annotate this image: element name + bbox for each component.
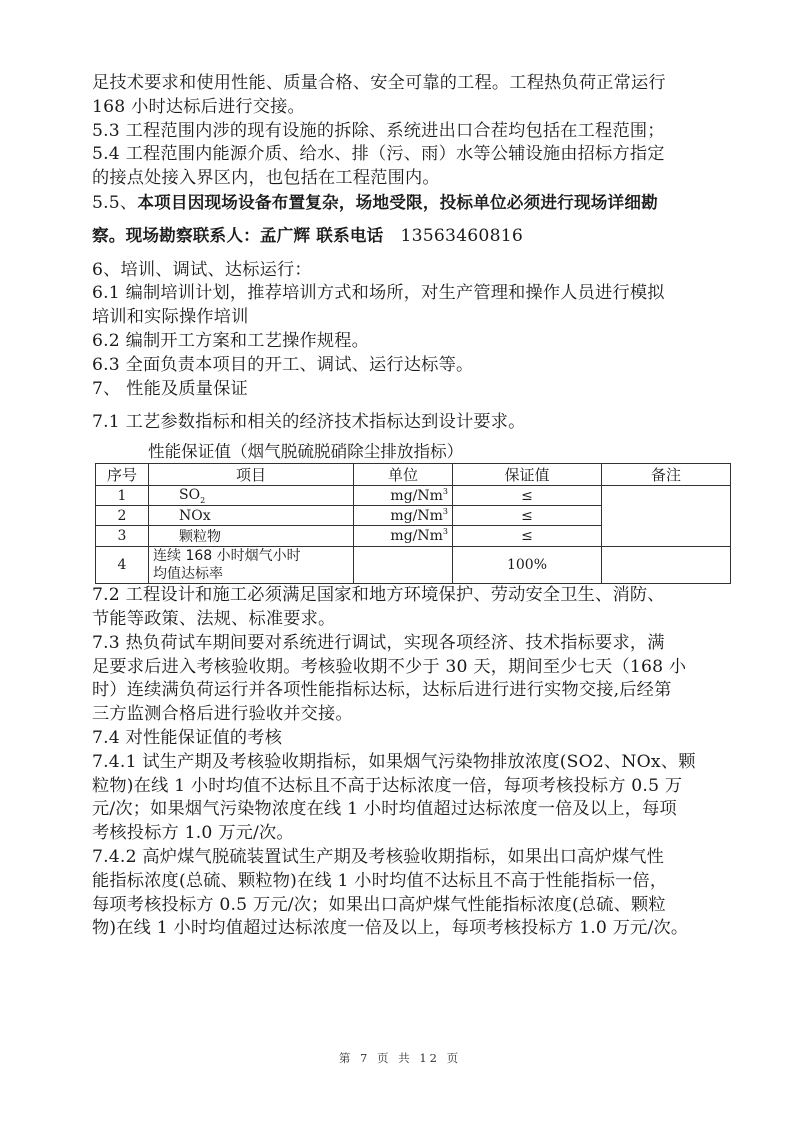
- clause-number: 5.5、: [92, 193, 137, 213]
- paragraph-line: 培训和实际操作培训: [92, 306, 720, 330]
- header-item: 项目: [149, 464, 354, 486]
- section-6-heading: 6、培训、调试、达标运行：: [92, 259, 720, 283]
- clause-5-5-line1: 5.5、本项目因现场设备布置复杂，场地受限，投标单位必须进行现场详细勘: [92, 191, 720, 216]
- paragraph-line: 时）连续满负荷运行并各项性能指标达标，达标后进行进行实物交接,后经第: [92, 679, 720, 703]
- clause-7-3: 7.3 热负荷试车期间要对系统进行调试，实现各项经济、技术指标要求，满: [92, 632, 720, 656]
- header-unit: 单位: [354, 464, 453, 486]
- document-page: 足技术要求和使用性能、质量合格、安全可靠的工程。工程热负荷正常运行 168 小时…: [92, 72, 720, 941]
- clause-7-4: 7.4 对性能保证值的考核: [92, 727, 720, 751]
- cell-value: ≤: [453, 526, 602, 547]
- cell-note: [602, 547, 731, 584]
- paragraph-line: 足要求后进入考核验收期。考核验收期不少于 30 天，期间至少七天（168 小: [92, 656, 720, 680]
- paragraph-line: 每项考核投标方 0.5 万元/次；如果出口高炉煤气性能指标浓度(总硫、颗粒: [92, 894, 720, 918]
- item-subscript: 2: [200, 496, 205, 505]
- contact-text: 察。现场勘察联系人：孟广辉 联系电话: [92, 226, 383, 245]
- clause-6-1: 6.1 编制培训计划，推荐培训方式和场所，对生产管理和操作人员进行模拟: [92, 282, 720, 306]
- table-row: 1 SO2 mg/Nm3 ≤: [96, 486, 731, 506]
- performance-table: 序号 项目 单位 保证值 备注 1 SO2 mg/Nm3 ≤ 2 NOx mg/…: [95, 463, 731, 584]
- clause-5-3: 5.3 工程范围内涉的现有设施的拆除、系统进出口合茬均包括在工程范围；: [92, 120, 720, 144]
- cell-item: SO2: [149, 486, 354, 506]
- item-line: 连续 168 小时烟气小时: [153, 547, 349, 565]
- cell-unit: mg/Nm3: [354, 526, 453, 547]
- table-row: 4 连续 168 小时烟气小时均值达标率 100%: [96, 547, 731, 584]
- header-value: 保证值: [453, 464, 602, 486]
- item-text: SO: [179, 487, 200, 503]
- clause-text-bold: 本项目因现场设备布置复杂，场地受限，投标单位必须进行现场详细勘: [137, 193, 658, 212]
- clause-7-1: 7.1 工艺参数指标和相关的经济技术指标达到设计要求。: [92, 411, 720, 435]
- paragraph-line: 粒物)在线 1 小时均值不达标且不高于达标浓度一倍，每项考核投标方 0.5 万: [92, 775, 720, 799]
- unit-text: mg/Nm: [390, 508, 442, 524]
- clause-5-5-line2: 察。现场勘察联系人：孟广辉 联系电话 13563460816: [92, 224, 720, 249]
- paragraph-line: 物)在线 1 小时均值超过达标浓度一倍及以上，每项考核投标方 1.0 万元/次。: [92, 917, 720, 941]
- cell-value: 100%: [453, 547, 602, 584]
- unit-text: mg/Nm: [390, 488, 442, 504]
- cell-value: ≤: [453, 506, 602, 526]
- unit-superscript: 3: [443, 527, 448, 536]
- header-no: 序号: [96, 464, 149, 486]
- cell-unit: mg/Nm3: [354, 486, 453, 506]
- paragraph-line: 足技术要求和使用性能、质量合格、安全可靠的工程。工程热负荷正常运行: [92, 72, 720, 96]
- paragraph-line: 考核投标方 1.0 万元/次。: [92, 822, 720, 846]
- clause-6-3: 6.3 全面负责本项目的开工、调试、运行达标等。: [92, 354, 720, 378]
- cell-unit: [354, 547, 453, 584]
- contact-phone: 13563460816: [400, 226, 523, 246]
- clause-6-2: 6.2 编制开工方案和工艺操作规程。: [92, 330, 720, 354]
- header-note: 备注: [602, 464, 731, 486]
- cell-unit: mg/Nm3: [354, 506, 453, 526]
- cell-no: 2: [96, 506, 149, 526]
- cell-no: 4: [96, 547, 149, 584]
- clause-7-2: 7.2 工程设计和施工必须满足国家和地方环境保护、劳动安全卫生、消防、: [92, 584, 720, 608]
- table-caption: 性能保证值（烟气脱硫脱硝除尘排放指标）: [92, 441, 720, 463]
- paragraph-line: 元/次；如果烟气污染物浓度在线 1 小时均值超过达标浓度一倍及以上，每项: [92, 798, 720, 822]
- paragraph-line: 三方监测合格后进行验收并交接。: [92, 703, 720, 727]
- clause-7-4-1: 7.4.1 试生产期及考核验收期指标，如果烟气污染物排放浓度(SO2、NOx、颗: [92, 751, 720, 775]
- cell-item: 连续 168 小时烟气小时均值达标率: [149, 547, 354, 584]
- paragraph-line: 节能等政策、法规、标准要求。: [92, 608, 720, 632]
- cell-value: ≤: [453, 486, 602, 506]
- section-7-heading: 7、 性能及质量保证: [92, 378, 720, 402]
- item-line: 均值达标率: [153, 565, 349, 583]
- clause-7-4-2: 7.4.2 高炉煤气脱硫装置试生产期及考核验收期指标，如果出口高炉煤气性: [92, 846, 720, 870]
- page-footer: 第 7 页 共 12 页: [0, 1050, 800, 1066]
- cell-note-merged: [602, 486, 731, 547]
- paragraph-line: 能指标浓度(总硫、颗粒物)在线 1 小时均值不达标且不高于性能指标一倍，: [92, 870, 720, 894]
- cell-item: 颗粒物: [149, 526, 354, 547]
- table-header-row: 序号 项目 单位 保证值 备注: [96, 464, 731, 486]
- paragraph-line: 168 小时达标后进行交接。: [92, 96, 720, 120]
- clause-5-4: 5.4 工程范围内能源介质、给水、排（污、雨）水等公辅设施由招标方指定: [92, 143, 720, 167]
- paragraph-line: 的接点处接入界区内，也包括在工程范围内。: [92, 167, 720, 191]
- unit-superscript: 3: [443, 487, 448, 496]
- cell-no: 1: [96, 486, 149, 506]
- unit-text: mg/Nm: [390, 528, 442, 544]
- unit-superscript: 3: [443, 507, 448, 516]
- cell-no: 3: [96, 526, 149, 547]
- cell-item: NOx: [149, 506, 354, 526]
